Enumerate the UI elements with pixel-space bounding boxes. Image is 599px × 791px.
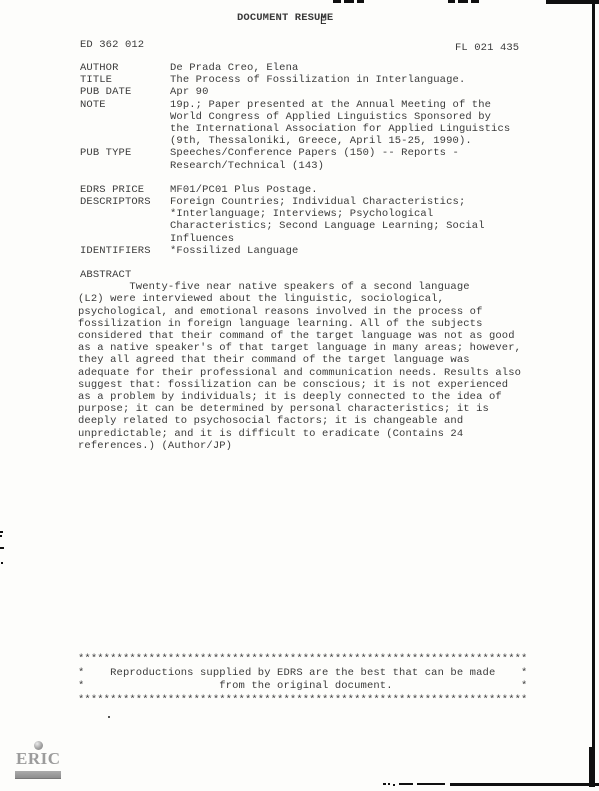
scan-left-dash bbox=[0, 547, 4, 549]
field-label: TITLE bbox=[80, 74, 170, 86]
abstract-line: deeply related to psychosocial factors; … bbox=[78, 415, 521, 427]
field-label bbox=[80, 208, 170, 220]
field-row: TITLEThe Process of Fossilization in Int… bbox=[0, 74, 521, 86]
field-label: IDENTIFIERS bbox=[80, 245, 170, 257]
abstract-heading: ABSTRACT bbox=[80, 269, 170, 281]
field-continuation-row: World Congress of Applied Linguistics Sp… bbox=[0, 111, 521, 123]
scan-left-dash bbox=[1, 562, 3, 564]
field-label: EDRS PRICE bbox=[80, 184, 170, 196]
field-label bbox=[80, 220, 170, 232]
field-label bbox=[80, 160, 170, 172]
scan-tick-mark bbox=[344, 0, 354, 3]
scan-left-dash bbox=[0, 535, 2, 537]
field-value: Characteristics; Second Language Learnin… bbox=[170, 220, 485, 232]
field-value: *Fossilized Language bbox=[170, 245, 298, 257]
field-continuation-row: the International Association for Applie… bbox=[0, 123, 521, 135]
field-value: The Process of Fossilization in Interlan… bbox=[170, 74, 465, 86]
field-value: the International Association for Applie… bbox=[170, 123, 510, 135]
field-label bbox=[80, 111, 170, 123]
clearinghouse-number: FL 021 435 bbox=[455, 42, 519, 54]
field-value: 19p.; Paper presented at the Annual Meet… bbox=[170, 99, 491, 111]
scan-bottom-rule bbox=[450, 783, 599, 786]
eric-logo: ERIC bbox=[15, 740, 61, 782]
field-row: DESCRIPTORSForeign Countries; Individual… bbox=[0, 196, 521, 208]
scan-stray-dot bbox=[108, 716, 110, 718]
field-value: (9th, Thessaloniki, Greece, April 15-25,… bbox=[170, 135, 472, 147]
scan-tick-mark bbox=[458, 0, 468, 3]
field-label bbox=[80, 123, 170, 135]
resume-fields: AUTHORDe Prada Creo, ElenaTITLEThe Proce… bbox=[0, 62, 521, 452]
field-continuation-row: Characteristics; Second Language Learnin… bbox=[0, 220, 521, 232]
abstract-line: considered that their command of the tar… bbox=[78, 330, 521, 342]
edrs-reproduction-notice: ****************************************… bbox=[78, 653, 527, 707]
abstract-heading-row: ABSTRACT bbox=[0, 269, 521, 281]
field-value: Influences bbox=[170, 233, 234, 245]
abstract-line: fossilization in foreign language learni… bbox=[78, 318, 521, 330]
scan-tick-mark bbox=[333, 0, 341, 3]
field-label: PUB TYPE bbox=[80, 147, 170, 159]
field-value: MF01/PC01 Plus Postage. bbox=[170, 184, 318, 196]
scan-right-rule-thick bbox=[589, 747, 595, 787]
abstract-line: they all agreed that their command of th… bbox=[78, 354, 521, 366]
eric-logo-banner bbox=[15, 771, 61, 779]
scan-tick-mark bbox=[448, 0, 455, 3]
field-label bbox=[80, 233, 170, 245]
ed-number: ED 362 012 bbox=[80, 39, 144, 51]
field-value: Speeches/Conference Papers (150) -- Repo… bbox=[170, 147, 459, 159]
field-row: AUTHORDe Prada Creo, Elena bbox=[0, 62, 521, 74]
scan-bottom-dash bbox=[388, 783, 390, 785]
scan-tick-mark bbox=[471, 0, 479, 3]
field-value: Research/Technical (143) bbox=[170, 160, 324, 172]
field-value: World Congress of Applied Linguistics Sp… bbox=[170, 111, 491, 123]
abstract-line: Twenty-five near native speakers of a se… bbox=[78, 281, 521, 293]
field-row: PUB TYPESpeeches/Conference Papers (150)… bbox=[0, 147, 521, 159]
scan-bottom-dash bbox=[383, 783, 386, 785]
scan-stray-letter: E bbox=[320, 16, 327, 28]
field-label: NOTE bbox=[80, 99, 170, 111]
scan-left-dash bbox=[0, 531, 3, 533]
abstract-line: unpredictable; and it is difficult to er… bbox=[78, 428, 521, 440]
field-label: PUB DATE bbox=[80, 86, 170, 98]
eric-logo-text: ERIC bbox=[16, 749, 61, 769]
document-resume-title: DOCUMENT RESUME bbox=[237, 12, 333, 24]
field-label: DESCRIPTORS bbox=[80, 196, 170, 208]
scan-bottom-dash bbox=[417, 783, 445, 785]
field-label: AUTHOR bbox=[80, 62, 170, 74]
scan-tick-mark bbox=[357, 0, 364, 3]
abstract-line: as a native speaker's of that target lan… bbox=[78, 342, 521, 354]
field-continuation-row: *Interlanguage; Interviews; Psychologica… bbox=[0, 208, 521, 220]
abstract-line: purpose; it can be determined by persona… bbox=[78, 403, 521, 415]
scan-bottom-dash bbox=[399, 783, 413, 785]
field-row: NOTE19p.; Paper presented at the Annual … bbox=[0, 99, 521, 111]
field-continuation-row: Research/Technical (143) bbox=[0, 160, 521, 172]
field-value: *Interlanguage; Interviews; Psychologica… bbox=[170, 208, 433, 220]
field-row: IDENTIFIERS*Fossilized Language bbox=[0, 245, 521, 257]
abstract-line: as a problem by individuals; it is deepl… bbox=[78, 391, 521, 403]
field-label bbox=[80, 135, 170, 147]
abstract-line: adequate for their professional and comm… bbox=[78, 367, 521, 379]
field-continuation-row: Influences bbox=[0, 233, 521, 245]
scan-bottom-dash bbox=[393, 784, 395, 786]
abstract-line: (L2) were interviewed about the linguist… bbox=[78, 293, 521, 305]
field-row: PUB DATEApr 90 bbox=[0, 86, 521, 98]
field-value: De Prada Creo, Elena bbox=[170, 62, 298, 74]
blank-line bbox=[0, 172, 521, 184]
field-row: EDRS PRICEMF01/PC01 Plus Postage. bbox=[0, 184, 521, 196]
scan-right-rule bbox=[592, 4, 595, 787]
blank-line bbox=[0, 257, 521, 269]
field-value: Foreign Countries; Individual Characteri… bbox=[170, 196, 465, 208]
abstract-line: suggest that: fossilization can be consc… bbox=[78, 379, 521, 391]
abstract-line: psychological, and emotional reasons inv… bbox=[78, 306, 521, 318]
abstract-line: references.) (Author/JP) bbox=[78, 440, 521, 452]
field-continuation-row: (9th, Thessaloniki, Greece, April 15-25,… bbox=[0, 135, 521, 147]
document-page: DOCUMENT RESUME ED 362 012 FL 021 435 AU… bbox=[0, 0, 599, 791]
field-value: Apr 90 bbox=[170, 86, 209, 98]
